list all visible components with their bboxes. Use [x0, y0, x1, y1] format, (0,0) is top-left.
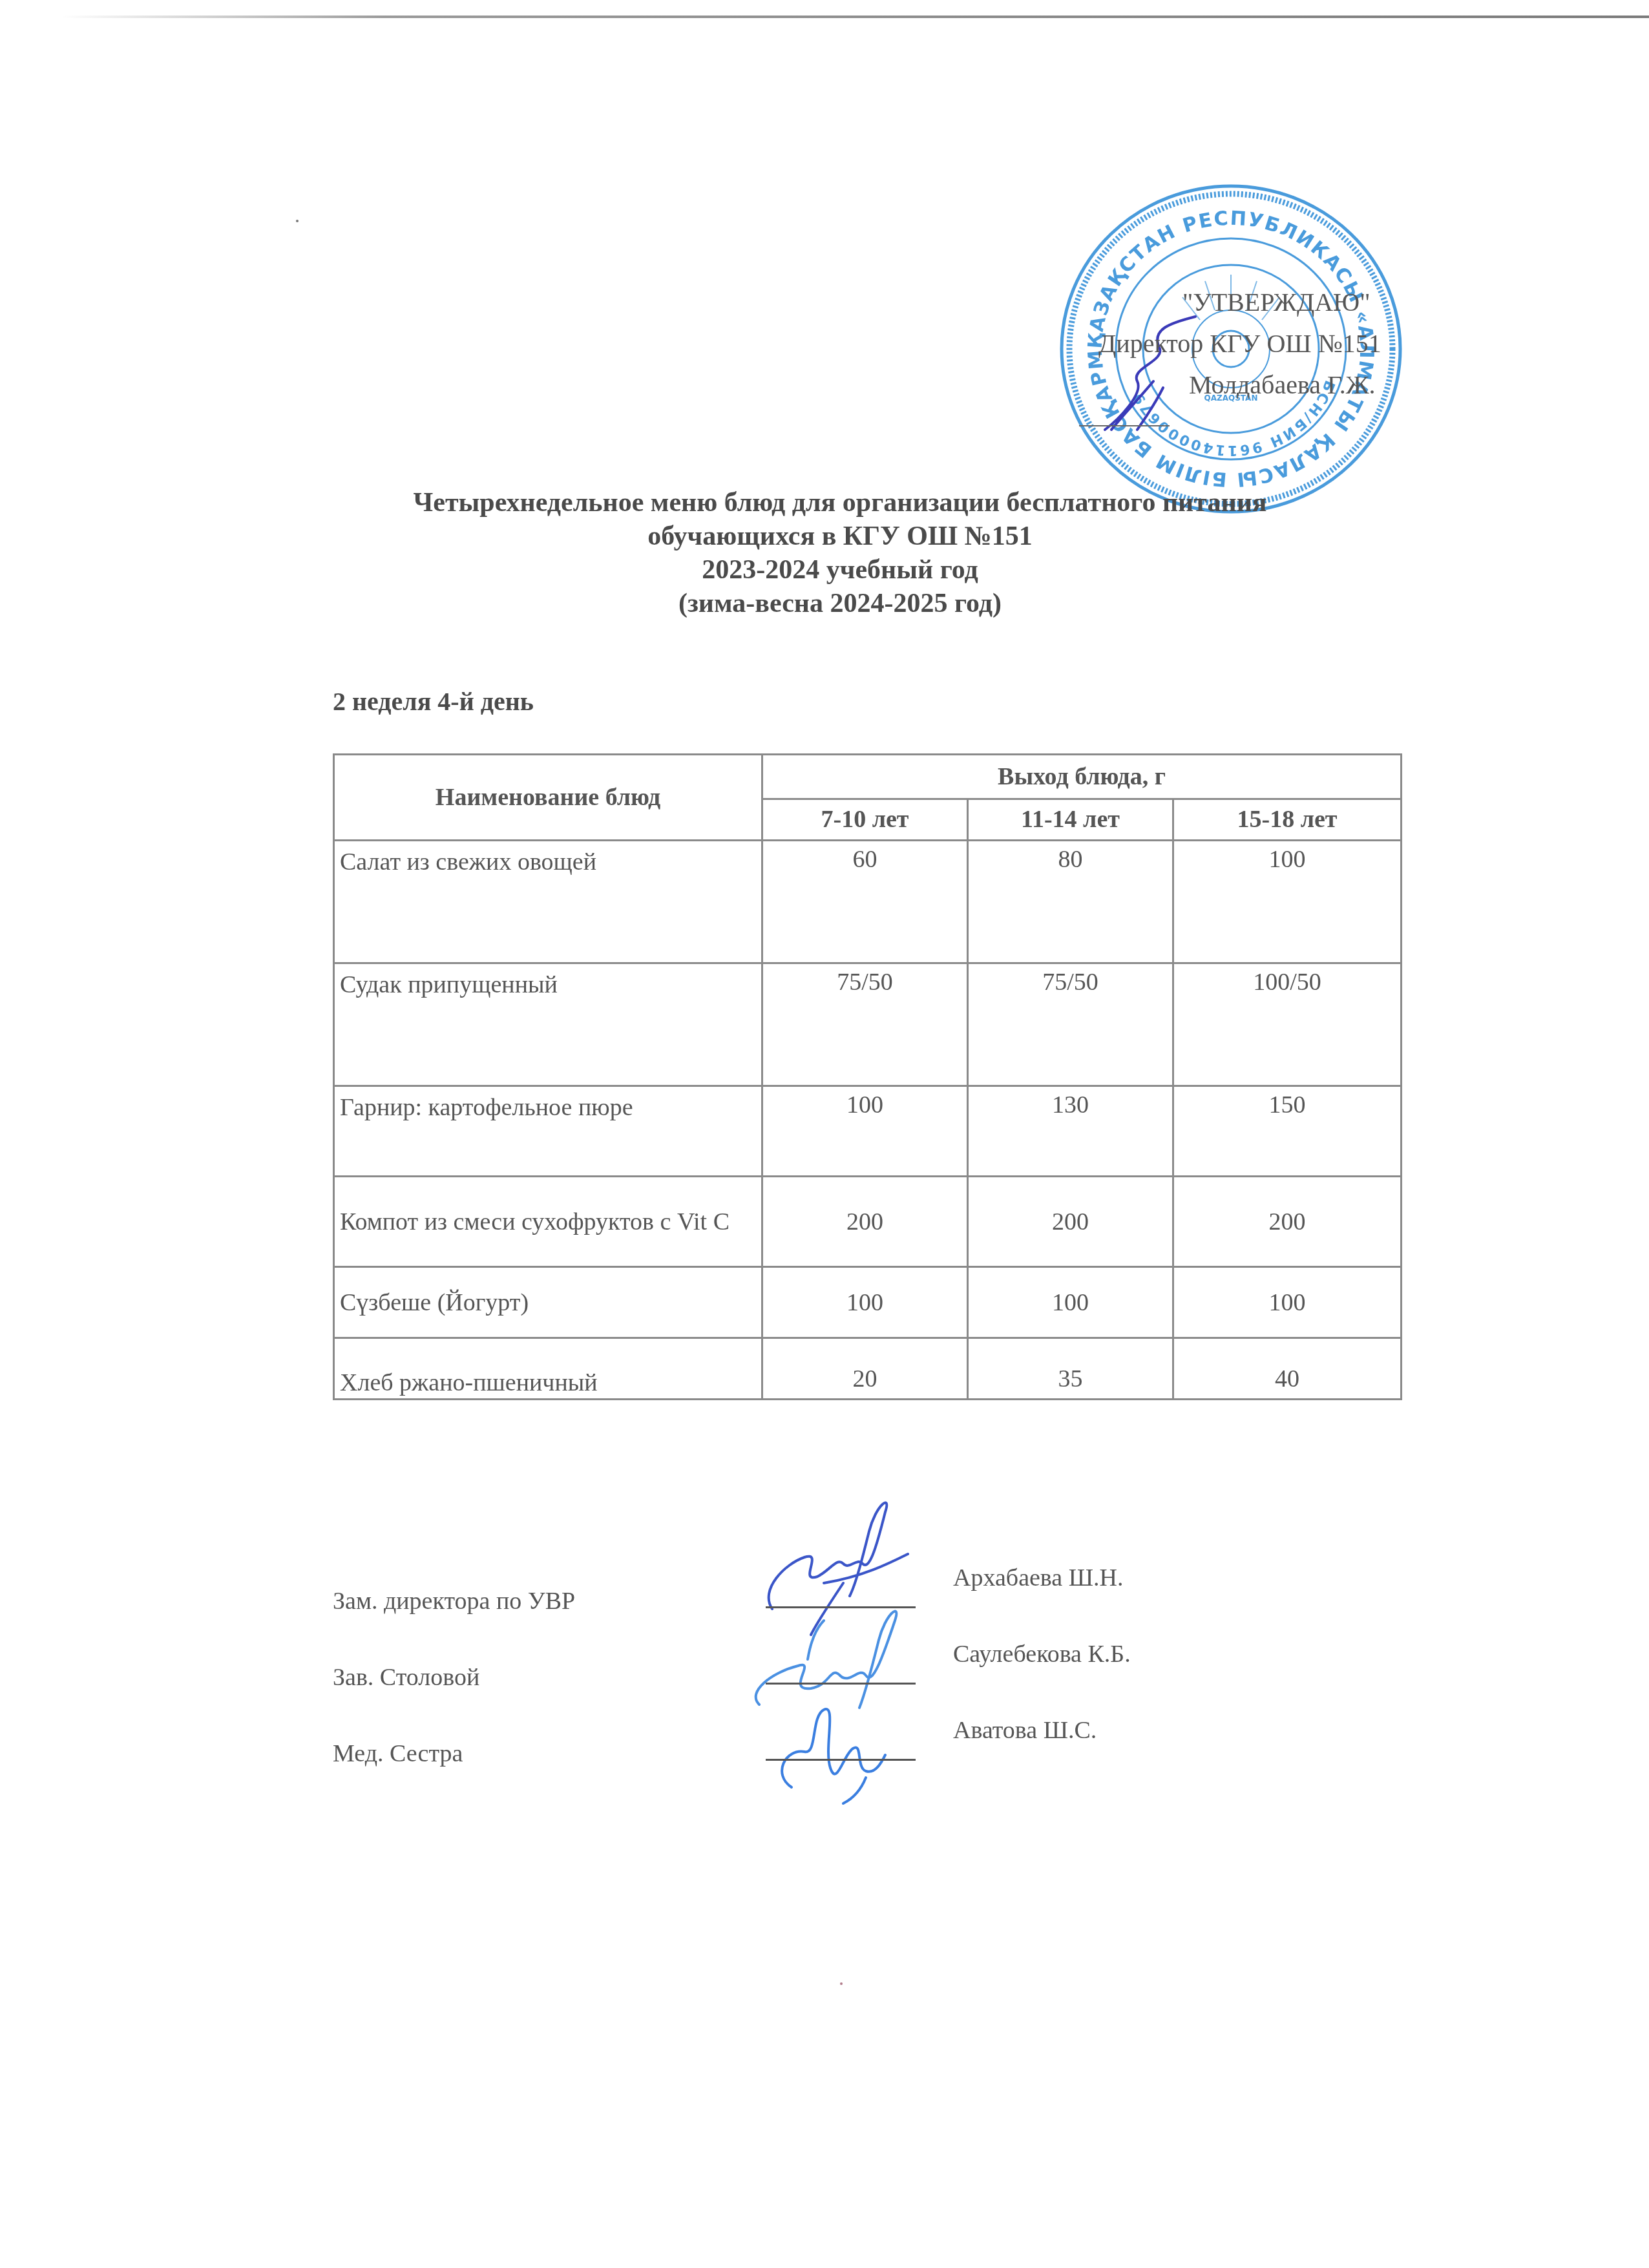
approval-position: Директор КГУ ОШ №151 — [1098, 326, 1381, 362]
scan-edge-line — [61, 16, 1649, 18]
title-line-1: Четырехнедельное меню блюд для организац… — [310, 486, 1370, 520]
signatory-role: Зав. Столовой — [333, 1663, 479, 1692]
dish-name: Гарнир: картофельное пюре — [334, 1086, 762, 1177]
approval-signature-line — [1079, 425, 1170, 426]
dish-name: Сүзбеше (Йогурт) — [334, 1267, 762, 1338]
yield-value: 35 — [968, 1338, 1173, 1400]
yield-value: 200 — [762, 1177, 968, 1267]
table-row: Компот из смеси сухофруктов с Vit C 200 … — [334, 1177, 1402, 1267]
yield-value: 100 — [762, 1267, 968, 1338]
title-line-3: 2023-2024 учебный год — [310, 553, 1370, 587]
week-day-label: 2 неделя 4-й день — [333, 686, 534, 717]
document-title: Четырехнедельное меню блюд для организац… — [310, 486, 1370, 620]
yield-value: 20 — [762, 1338, 968, 1400]
column-header-age-7-10: 7-10 лет — [762, 799, 968, 840]
signatory-name: Саулебекова К.Б. — [953, 1640, 1131, 1668]
yield-value: 75/50 — [762, 963, 968, 1086]
menu-table: Наименование блюд Выход блюда, г 7-10 ле… — [333, 753, 1402, 1400]
column-header-age-11-14: 11-14 лет — [968, 799, 1173, 840]
dish-name: Салат из свежих овощей — [334, 841, 762, 963]
approval-heading: "УТВЕРЖДАЮ" — [1182, 284, 1371, 320]
approval-name: Молдабаева Г.Ж. — [1189, 367, 1376, 403]
yield-value: 130 — [968, 1086, 1173, 1177]
dish-name: Хлеб ржано-пшеничный — [334, 1338, 762, 1400]
title-line-4: (зима-весна 2024-2025 год) — [310, 587, 1370, 620]
yield-value: 200 — [968, 1177, 1173, 1267]
yield-value: 100 — [1173, 841, 1402, 963]
dish-name: Компот из смеси сухофруктов с Vit C — [334, 1177, 762, 1267]
table-row: Гарнир: картофельное пюре 100 130 150 — [334, 1086, 1402, 1177]
table-row: Салат из свежих овощей 60 80 100 — [334, 841, 1402, 963]
dish-name: Судак припущенный — [334, 963, 762, 1086]
director-signature-icon — [1092, 304, 1202, 433]
scan-speck — [840, 1982, 843, 1985]
yield-value: 100 — [762, 1086, 968, 1177]
yield-value: 150 — [1173, 1086, 1402, 1177]
signatory-role: Мед. Сестра — [333, 1739, 463, 1768]
yield-value: 100 — [1173, 1267, 1402, 1338]
yield-value: 75/50 — [968, 963, 1173, 1086]
yield-value: 40 — [1173, 1338, 1402, 1400]
yield-value: 100/50 — [1173, 963, 1402, 1086]
signature-row: Мед. Сестра Аватова Ш.С. — [333, 1716, 1237, 1794]
scan-speck — [296, 220, 299, 222]
column-header-age-15-18: 15-18 лет — [1173, 799, 1402, 840]
column-header-dish-name: Наименование блюд — [334, 755, 762, 841]
signature-icon — [746, 1639, 914, 1787]
signature-line — [766, 1759, 916, 1761]
table-row: Судак припущенный 75/50 75/50 100/50 — [334, 963, 1402, 1086]
yield-value: 100 — [968, 1267, 1173, 1338]
table-row: Хлеб ржано-пшеничный 20 35 40 — [334, 1338, 1402, 1400]
yield-value: 60 — [762, 841, 968, 963]
title-line-2: обучающихся в КГУ ОШ №151 — [310, 520, 1370, 553]
signatory-role: Зам. директора по УВР — [333, 1587, 575, 1615]
yield-value: 200 — [1173, 1177, 1402, 1267]
signatory-name: Аватова Ш.С. — [953, 1716, 1097, 1745]
column-header-yield: Выход блюда, г — [762, 755, 1402, 799]
table-row: Сүзбеше (Йогурт) 100 100 100 — [334, 1267, 1402, 1338]
signatory-name: Архабаева Ш.Н. — [953, 1564, 1123, 1592]
yield-value: 80 — [968, 841, 1173, 963]
